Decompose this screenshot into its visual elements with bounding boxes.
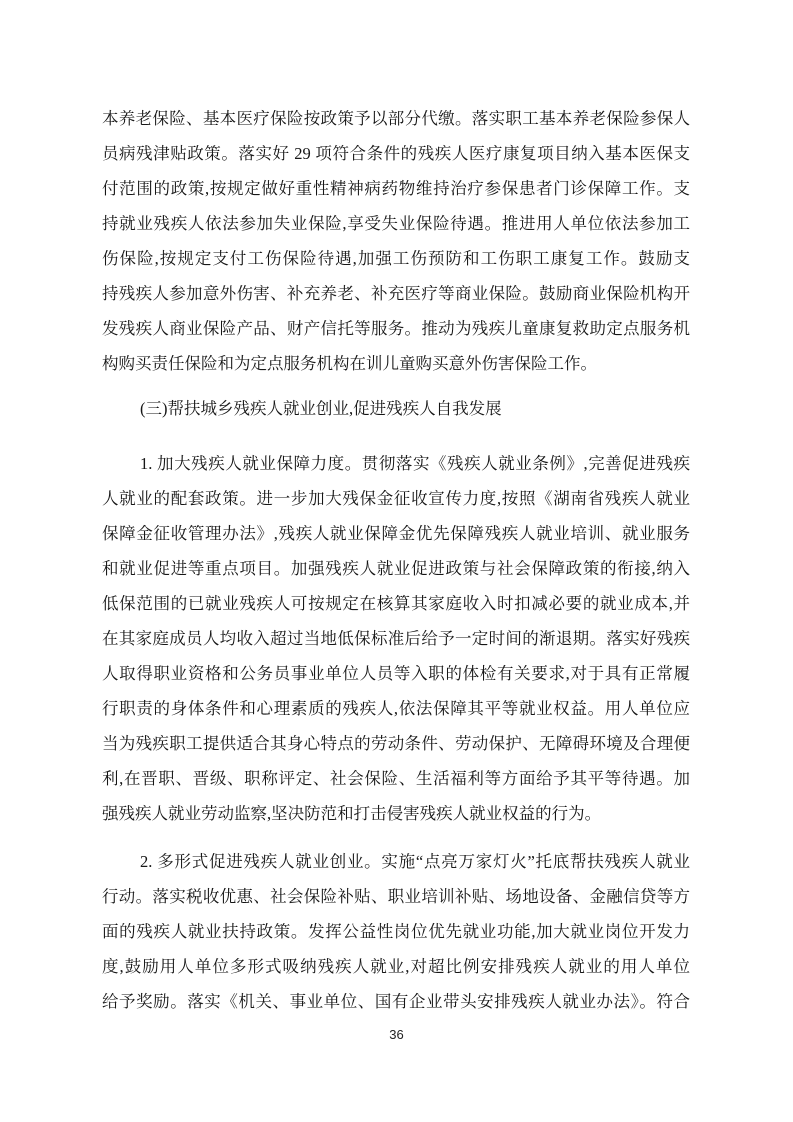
- paragraph-social-insurance-continued: 本养老保险、基本医疗保险按政策予以部分代缴。落实职工基本养老保险参保人员病残津贴…: [102, 101, 690, 381]
- paragraph-1-employment-security: 1. 加大残疾人就业保障力度。贯彻落实《残疾人就业条例》,完善促进残疾人就业的配…: [102, 446, 690, 831]
- page-number: 36: [389, 1027, 403, 1042]
- text-line: 构购买责任保险和为定点服务机构在训儿童购买意外伤害保险工作。: [102, 346, 690, 381]
- text-line: 行职责的身体条件和心理素质的残疾人,依法保障其平等就业权益。用人单位应: [102, 691, 690, 726]
- document-body: 本养老保险、基本医疗保险按政策予以部分代缴。落实职工基本养老保险参保人员病残津贴…: [102, 101, 690, 1019]
- text-line: 付范围的政策,按规定做好重性精神病药物维持治疗参保患者门诊保障工作。支: [102, 171, 690, 206]
- text-line: 持残疾人参加意外伤害、补充养老、补充医疗等商业保险。鼓励商业保险机构开: [102, 276, 690, 311]
- text-line: 持就业残疾人依法参加失业保险,享受失业保险待遇。推进用人单位依法参加工: [102, 206, 690, 241]
- text-line: 面的残疾人就业扶持政策。发挥公益性岗位优先就业功能,加大就业岗位开发力: [102, 914, 690, 949]
- text-line: (三)帮扶城乡残疾人就业创业,促进残疾人自我发展: [102, 391, 690, 426]
- text-line: 人取得职业资格和公务员事业单位人员等入职的体检有关要求,对于具有正常履: [102, 656, 690, 691]
- text-line: 伤保险,按规定支付工伤保险待遇,加强工伤预防和工伤职工康复工作。鼓励支: [102, 241, 690, 276]
- text-line: 本养老保险、基本医疗保险按政策予以部分代缴。落实职工基本养老保险参保人: [102, 101, 690, 136]
- text-line: 当为残疾职工提供适合其身心特点的劳动条件、劳动保护、无障碍环境及合理便: [102, 726, 690, 761]
- paragraph-2-employment-promotion: 2. 多形式促进残疾人就业创业。实施“点亮万家灯火”托底帮扶残疾人就业行动。落实…: [102, 844, 690, 1019]
- text-line: 在其家庭成员人均收入超过当地低保标准后给予一定时间的渐退期。落实好残疾: [102, 621, 690, 656]
- text-line: 人就业的配套政策。进一步加大残保金征收宣传力度,按照《湖南省残疾人就业: [102, 481, 690, 516]
- text-line: 给予奖励。落实《机关、事业单位、国有企业带头安排残疾人就业办法》。符合: [102, 984, 690, 1019]
- text-line: 度,鼓励用人单位多形式吸纳残疾人就业,对超比例安排残疾人就业的用人单位: [102, 949, 690, 984]
- text-line: 员病残津贴政策。落实好 29 项符合条件的残疾人医疗康复项目纳入基本医保支: [102, 136, 690, 171]
- text-line: 发残疾人商业保险产品、财产信托等服务。推动为残疾儿童康复救助定点服务机: [102, 311, 690, 346]
- page-footer: 36: [0, 1026, 793, 1044]
- text-line: 2. 多形式促进残疾人就业创业。实施“点亮万家灯火”托底帮扶残疾人就业: [102, 844, 690, 879]
- document-page: 本养老保险、基本医疗保险按政策予以部分代缴。落实职工基本养老保险参保人员病残津贴…: [0, 0, 793, 1122]
- text-line: 强残疾人就业劳动监察,坚决防范和打击侵害残疾人就业权益的行为。: [102, 796, 690, 831]
- text-line: 1. 加大残疾人就业保障力度。贯彻落实《残疾人就业条例》,完善促进残疾: [102, 446, 690, 481]
- text-line: 低保范围的已就业残疾人可按规定在核算其家庭收入时扣减必要的就业成本,并: [102, 586, 690, 621]
- text-line: 行动。落实税收优惠、社会保险补贴、职业培训补贴、场地设备、金融信贷等方: [102, 879, 690, 914]
- text-line: 和就业促进等重点项目。加强残疾人就业促进政策与社会保障政策的衔接,纳入: [102, 551, 690, 586]
- section-heading-3: (三)帮扶城乡残疾人就业创业,促进残疾人自我发展: [102, 391, 690, 426]
- text-line: 保障金征收管理办法》,残疾人就业保障金优先保障残疾人就业培训、就业服务: [102, 516, 690, 551]
- text-line: 利,在晋职、晋级、职称评定、社会保险、生活福利等方面给予其平等待遇。加: [102, 761, 690, 796]
